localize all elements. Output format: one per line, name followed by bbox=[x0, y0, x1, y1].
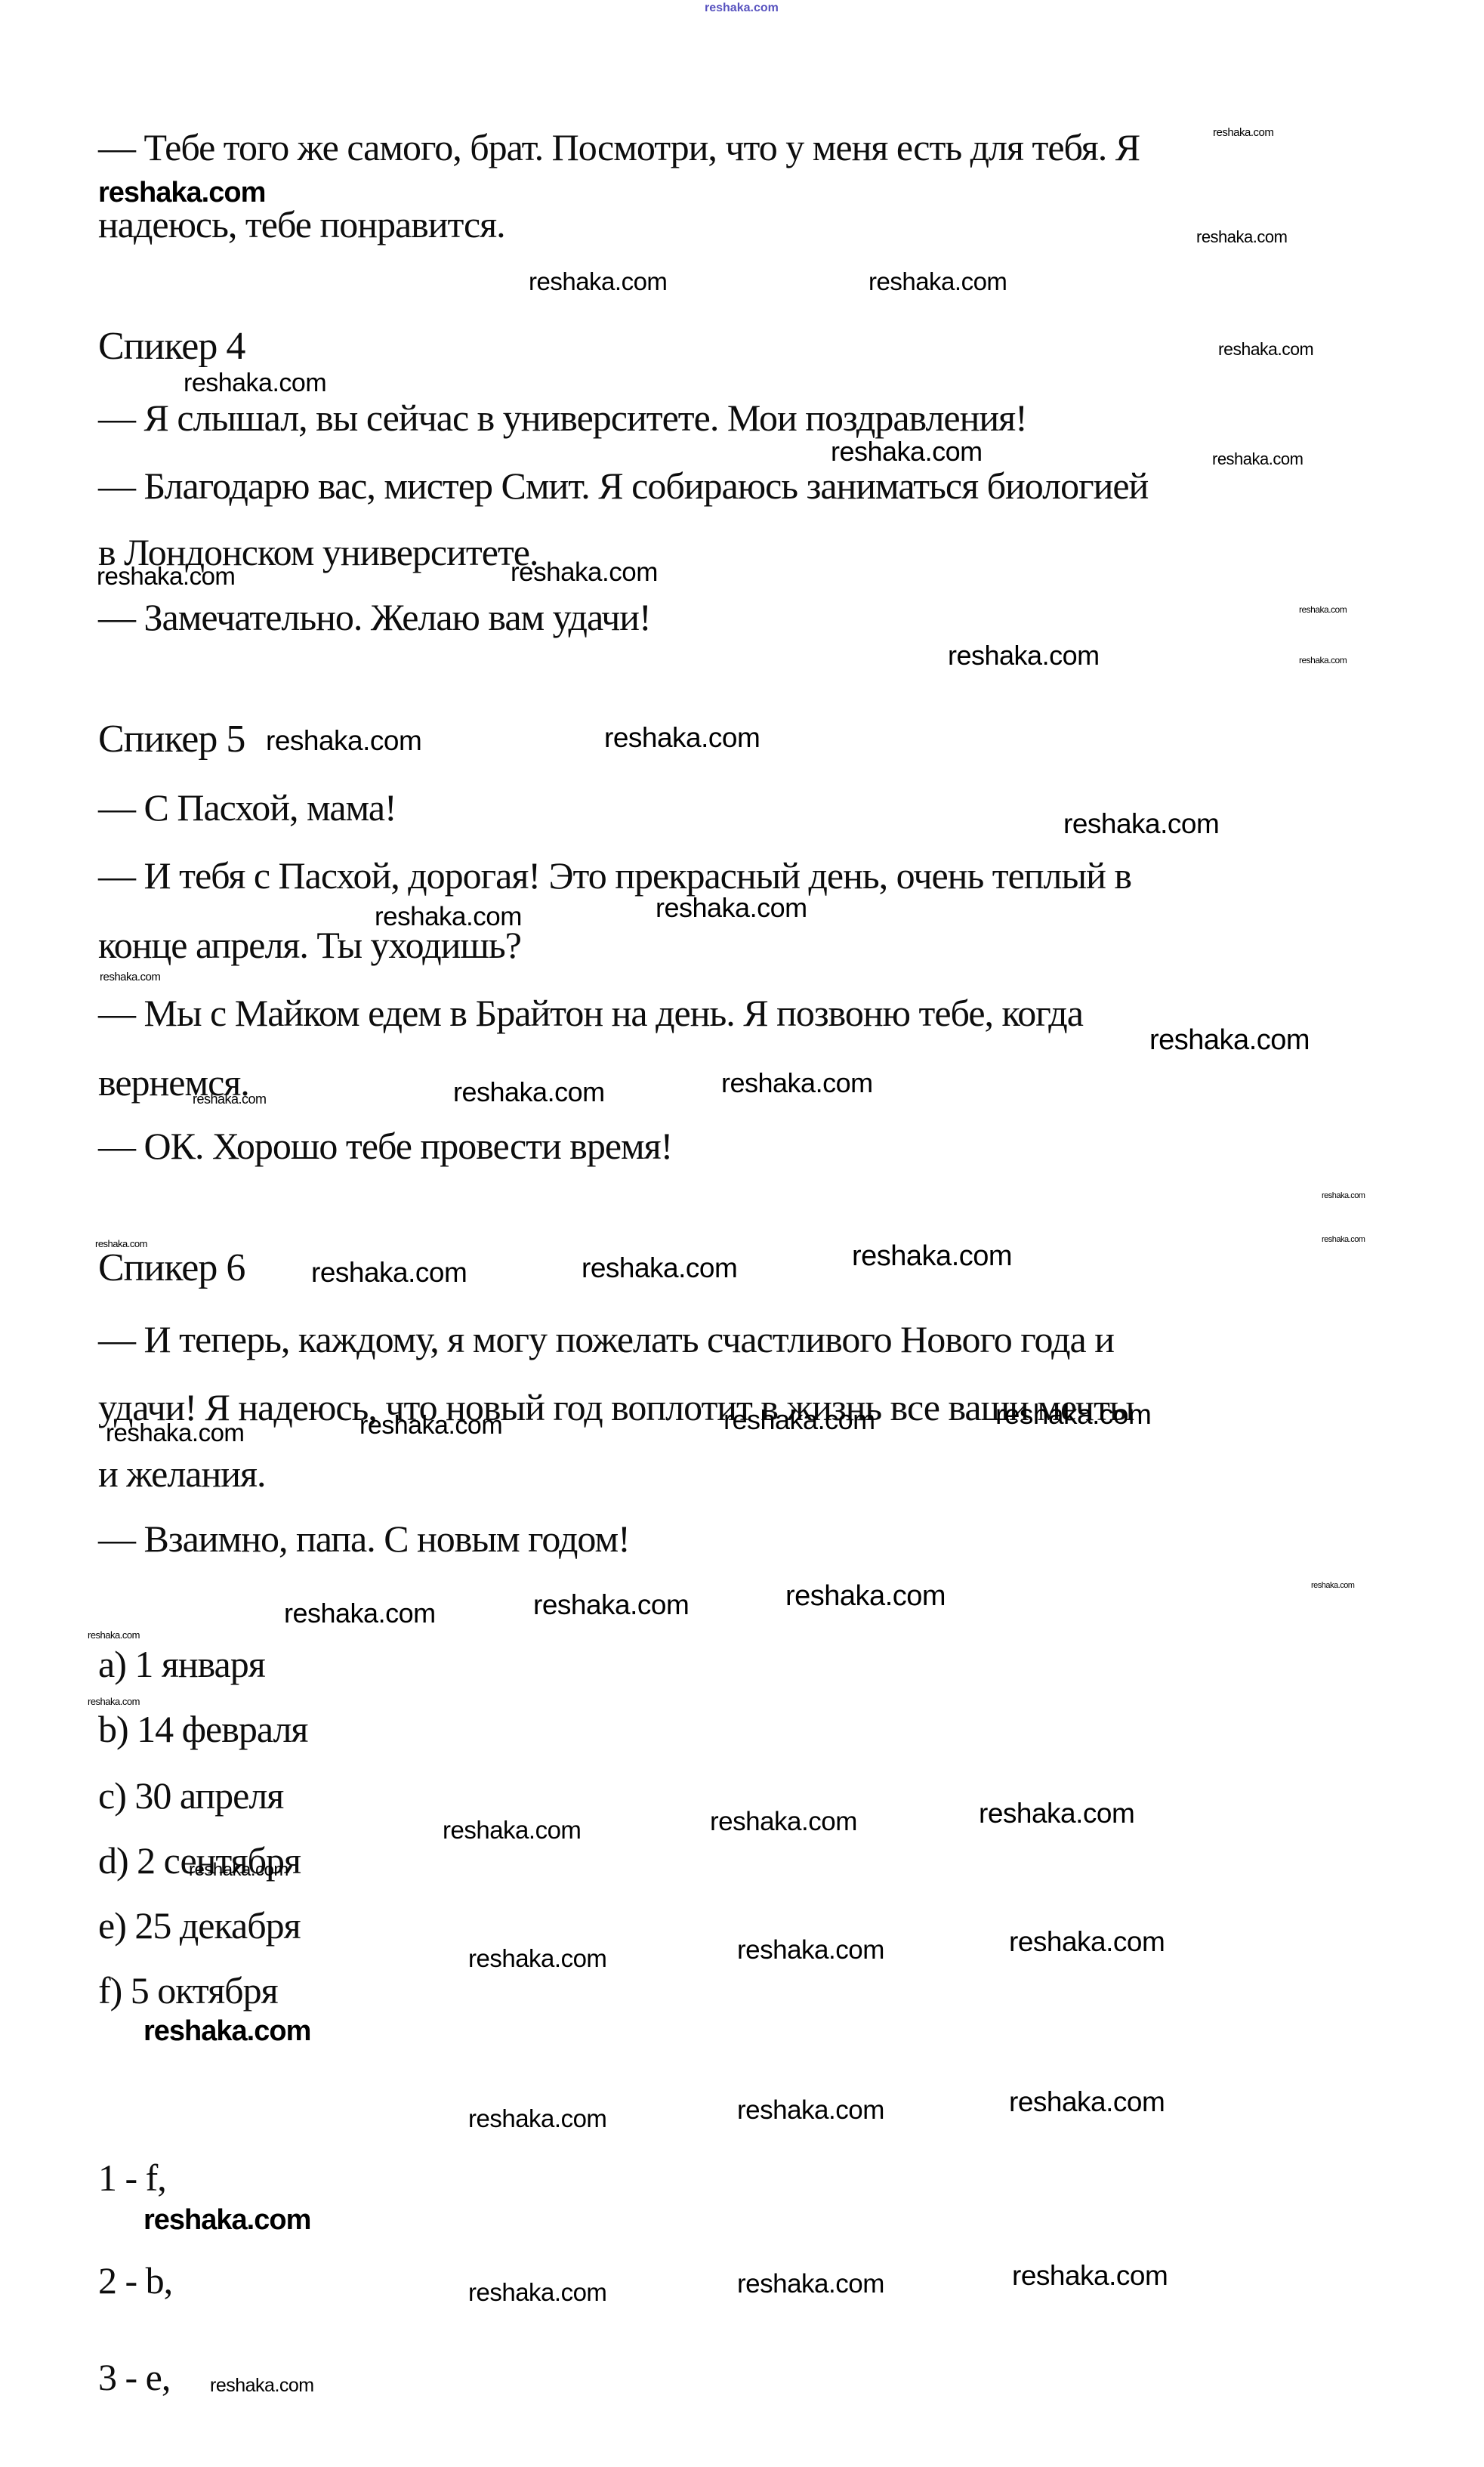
watermark-text: reshaka.com bbox=[189, 1861, 288, 1879]
answer-item-2: 2 - b, bbox=[98, 2260, 172, 2302]
watermark-text: reshaka.com bbox=[948, 642, 1100, 669]
dialogue-line: — Благодарю вас, мистер Смит. Я собираюс… bbox=[98, 465, 1148, 507]
watermark-text: reshaka.com bbox=[529, 269, 667, 294]
watermark-text: reshaka.com bbox=[311, 1258, 467, 1286]
option-item-b: b) 14 февраля bbox=[98, 1709, 307, 1750]
watermark-text: reshaka.com bbox=[737, 2097, 884, 2123]
dialogue-line: — Замечательно. Желаю вам удачи! bbox=[98, 597, 651, 638]
option-item-f: f) 5 октября bbox=[98, 1970, 278, 2012]
dialogue-line: — И тебя с Пасхой, дорогая! Это прекрасн… bbox=[98, 855, 1131, 897]
dialogue-line: — И теперь, каждому, я могу пожелать сча… bbox=[98, 1319, 1114, 1360]
watermark-text: reshaka.com bbox=[511, 559, 658, 585]
watermark-text: reshaka.com bbox=[852, 1242, 1012, 1271]
watermark-text: reshaka.com bbox=[284, 1600, 436, 1627]
watermark-text: reshaka.com bbox=[443, 1817, 581, 1842]
watermark-text: reshaka.com bbox=[533, 1591, 689, 1619]
watermark-text: reshaka.com bbox=[785, 1582, 946, 1610]
watermark-text: reshaka.com bbox=[1299, 605, 1347, 614]
watermark-text: reshaka.com bbox=[468, 2280, 606, 2305]
watermark-text: reshaka.com bbox=[375, 903, 522, 930]
watermark-text: reshaka.com bbox=[1009, 2088, 1165, 2116]
dialogue-line: и желания. bbox=[98, 1453, 266, 1495]
watermark-text: reshaka.com bbox=[184, 370, 326, 396]
watermark-text: reshaka.com bbox=[1218, 341, 1313, 358]
document-page: reshaka.com — Тебе того же самого, брат.… bbox=[0, 0, 1484, 2467]
watermark-text: reshaka.com bbox=[106, 1420, 244, 1445]
watermark-text: reshaka.com bbox=[1012, 2262, 1168, 2289]
watermark-text: reshaka.com bbox=[453, 1079, 605, 1106]
watermark-text: reshaka.com bbox=[143, 2017, 310, 2046]
option-item-c: c) 30 апреля bbox=[98, 1775, 283, 1817]
watermark-text: reshaka.com bbox=[705, 2, 779, 14]
watermark-text: reshaka.com bbox=[1009, 1928, 1165, 1956]
watermark-text: reshaka.com bbox=[1063, 810, 1219, 838]
watermark-text: reshaka.com bbox=[737, 2271, 884, 2297]
answer-item-3: 3 - e, bbox=[98, 2357, 170, 2398]
watermark-text: reshaka.com bbox=[98, 178, 265, 207]
speaker6-heading: Спикер 6 bbox=[98, 1246, 245, 1289]
watermark-text: reshaka.com bbox=[721, 1070, 873, 1097]
watermark-text: reshaka.com bbox=[88, 1697, 140, 1706]
watermark-text: reshaka.com bbox=[1322, 1192, 1365, 1200]
watermark-text: reshaka.com bbox=[582, 1254, 737, 1282]
watermark-text: reshaka.com bbox=[100, 971, 160, 983]
watermark-text: reshaka.com bbox=[1212, 451, 1303, 468]
watermark-text: reshaka.com bbox=[723, 1406, 875, 1434]
speaker4-heading: Спикер 4 bbox=[98, 325, 245, 368]
watermark-text: reshaka.com bbox=[1196, 229, 1287, 245]
watermark-text: reshaka.com bbox=[995, 1400, 1151, 1428]
watermark-text: reshaka.com bbox=[210, 2376, 314, 2395]
speaker5-heading: Спикер 5 bbox=[98, 718, 245, 761]
dialogue-line: — Взаимно, папа. С новым годом! bbox=[98, 1518, 630, 1560]
watermark-text: reshaka.com bbox=[737, 1937, 884, 1963]
dialogue-line: — Я слышал, вы сейчас в университете. Мо… bbox=[98, 397, 1027, 439]
watermark-text: reshaka.com bbox=[1213, 127, 1273, 138]
watermark-text: reshaka.com bbox=[656, 894, 807, 922]
watermark-text: reshaka.com bbox=[95, 1239, 147, 1249]
watermark-text: reshaka.com bbox=[868, 269, 1007, 294]
watermark-text: reshaka.com bbox=[97, 563, 235, 588]
watermark-text: reshaka.com bbox=[266, 727, 421, 755]
watermark-text: reshaka.com bbox=[468, 1946, 606, 1971]
dialogue-line: — С Пасхой, мама! bbox=[98, 787, 396, 829]
dialogue-line: — Тебе того же самого, брат. Посмотри, ч… bbox=[98, 127, 1140, 168]
watermark-text: reshaka.com bbox=[604, 724, 760, 752]
watermark-text: reshaka.com bbox=[710, 1808, 857, 1835]
dialogue-line: — Мы с Майком едем в Брайтон на день. Я … bbox=[98, 993, 1083, 1034]
dialogue-line: — ОК. Хорошо тебе провести время! bbox=[98, 1125, 672, 1167]
answer-item-1: 1 - f, bbox=[98, 2157, 166, 2199]
dialogue-line: надеюсь, тебе понравится. bbox=[98, 204, 505, 245]
watermark-text: reshaka.com bbox=[193, 1092, 267, 1106]
watermark-text: reshaka.com bbox=[831, 438, 983, 465]
watermark-text: reshaka.com bbox=[1322, 1236, 1365, 1244]
option-item-a: a) 1 января bbox=[98, 1644, 265, 1685]
watermark-text: reshaka.com bbox=[1299, 656, 1347, 665]
watermark-text: reshaka.com bbox=[468, 2106, 606, 2131]
watermark-text: reshaka.com bbox=[88, 1630, 140, 1640]
watermark-text: reshaka.com bbox=[979, 1799, 1134, 1827]
option-item-e: e) 25 декабря bbox=[98, 1905, 301, 1947]
watermark-text: reshaka.com bbox=[1149, 1026, 1310, 1054]
dialogue-line: удачи! Я надеюсь, что новый год воплотит… bbox=[98, 1387, 1134, 1428]
watermark-text: reshaka.com bbox=[359, 1413, 502, 1438]
watermark-text: reshaka.com bbox=[143, 2206, 310, 2234]
watermark-text: reshaka.com bbox=[1311, 1582, 1354, 1590]
